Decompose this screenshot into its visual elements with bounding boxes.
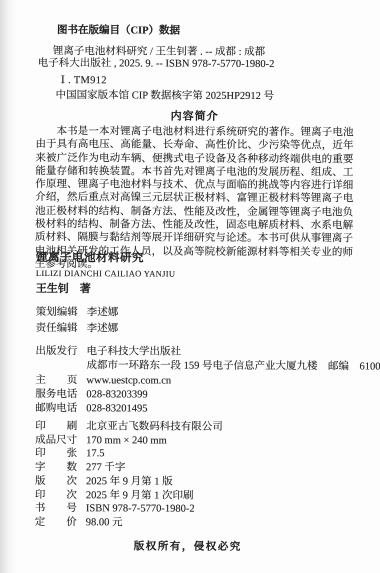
row-label: 邮购电话 — [35, 402, 86, 417]
printing-block: 印 刷 北京亚古飞数码科技有限公司 成品尺寸 170 mm × 240 mm 印… — [35, 420, 355, 531]
row-label: 主 页 — [35, 374, 86, 389]
row-value: www.uestcp.com.cn — [86, 374, 355, 389]
row-label: 版 次 — [35, 475, 86, 489]
row-value: 李述娜 — [87, 321, 356, 338]
printer-row: 印 刷 北京亚古飞数码科技有限公司 — [35, 420, 355, 435]
book-title-cn: 锂离子电池材料研究 — [36, 252, 175, 266]
row-value: 电子科技大学出版社 — [87, 345, 356, 360]
content-summary-section: 内容简介 本书是一本对锂离子电池材料进行系统研究的著作。锂离子电池由于具有高电压… — [35, 110, 354, 273]
book-copyright-page: 图书在版编目（CIP）数据 锂离子电池材料研究 / 王生钊著 . -- 成都 :… — [0, 0, 380, 573]
service-phone-row: 服务电话 028-83203399 — [35, 388, 355, 404]
sheets-row: 印 张 17.5 — [35, 447, 355, 462]
cip-publisher-line: 电子科大出版社 , 2025. 9. -- ISBN 978-7-5770-19… — [38, 57, 275, 71]
summary-title: 内容简介 — [36, 110, 354, 124]
homepage-row: 主 页 www.uestcp.com.cn — [35, 374, 355, 390]
isbn-row: 书 号 ISBN 978-7-5770-1980-2 — [35, 502, 355, 517]
row-label: 出版发行 — [36, 345, 87, 360]
row-label: 定 价 — [35, 516, 86, 530]
page-content: 图书在版编目（CIP）数据 锂离子电池材料研究 / 王生钊著 . -- 成都 :… — [0, 0, 380, 573]
planning-editor-row: 策划编辑 李述娜 — [36, 305, 356, 322]
editors-block: 策划编辑 李述娜 责任编辑 李述娜 — [36, 305, 356, 337]
executive-editor-row: 责任编辑 李述娜 — [36, 320, 356, 337]
impression-row: 印 次 2025 年 9 月第 1 次印刷 — [35, 488, 355, 503]
row-label: 书 号 — [35, 502, 86, 516]
publisher-address-row: 成都市一环路东一段 159 号电子信息产业大厦九楼 邮编 610051 — [35, 359, 355, 375]
row-value: 成都市一环路东一段 159 号电子信息产业大厦九楼 邮编 610051 — [86, 360, 380, 376]
row-label: 责任编辑 — [36, 320, 87, 336]
row-value: ISBN 978-7-5770-1980-2 — [86, 502, 355, 517]
row-value: 98.00 元 — [86, 516, 355, 531]
row-label — [35, 359, 86, 374]
row-label: 服务电话 — [35, 388, 86, 403]
cip-classification-line: Ⅰ . TM912 — [61, 74, 107, 87]
book-author: 王生钊 著 — [36, 282, 175, 296]
book-title-block: 锂离子电池材料研究 LILIZI DIANCHI CAILIAO YANJIU … — [36, 252, 176, 296]
row-label: 成品尺寸 — [35, 434, 86, 448]
row-value: 2025 年 9 月第 1 版 — [86, 475, 355, 490]
row-value: 028-83201495 — [86, 402, 355, 417]
row-value: 2025 年 9 月第 1 次印刷 — [86, 489, 355, 504]
row-value: 028-83203399 — [86, 388, 355, 403]
cip-header: 图书在版编目（CIP）数据 — [57, 24, 180, 38]
summary-body: 本书是一本对锂离子电池材料进行系统研究的著作。锂离子电池由于具有高电压、高能量、… — [35, 125, 354, 273]
publisher-row: 出版发行 电子科技大学出版社 — [36, 345, 356, 361]
price-row: 定 价 98.00 元 — [35, 516, 355, 531]
copyright-notice: 版权所有，侵权必究 — [0, 538, 378, 555]
row-value: 17.5 — [86, 448, 355, 463]
row-label: 字 数 — [35, 461, 86, 475]
publisher-block: 出版发行 电子科技大学出版社 成都市一环路东一段 159 号电子信息产业大厦九楼… — [35, 345, 355, 418]
mail-order-phone-row: 邮购电话 028-83201495 — [35, 402, 355, 418]
cip-block: 图书在版编目（CIP）数据 锂离子电池材料研究 / 王生钊著 . -- 成都 :… — [36, 22, 356, 107]
row-value: 277 千字 — [86, 461, 355, 476]
row-label: 印 次 — [35, 488, 86, 502]
row-value: 170 mm × 240 mm — [86, 434, 355, 449]
row-value: 北京亚古飞数码科技有限公司 — [86, 420, 355, 435]
book-title-pinyin: LILIZI DIANCHI CAILIAO YANJIU — [36, 268, 175, 280]
cip-record-line: 中国国家版本馆 CIP 数据核字第 2025HP2912 号 — [56, 89, 274, 103]
row-label: 印 刷 — [35, 420, 86, 434]
word-count-row: 字 数 277 千字 — [35, 461, 355, 476]
row-label: 印 张 — [35, 447, 86, 461]
row-label: 策划编辑 — [36, 305, 87, 321]
edition-row: 版 次 2025 年 9 月第 1 版 — [35, 475, 355, 490]
trim-size-row: 成品尺寸 170 mm × 240 mm — [35, 434, 355, 449]
row-value: 李述娜 — [87, 305, 356, 322]
